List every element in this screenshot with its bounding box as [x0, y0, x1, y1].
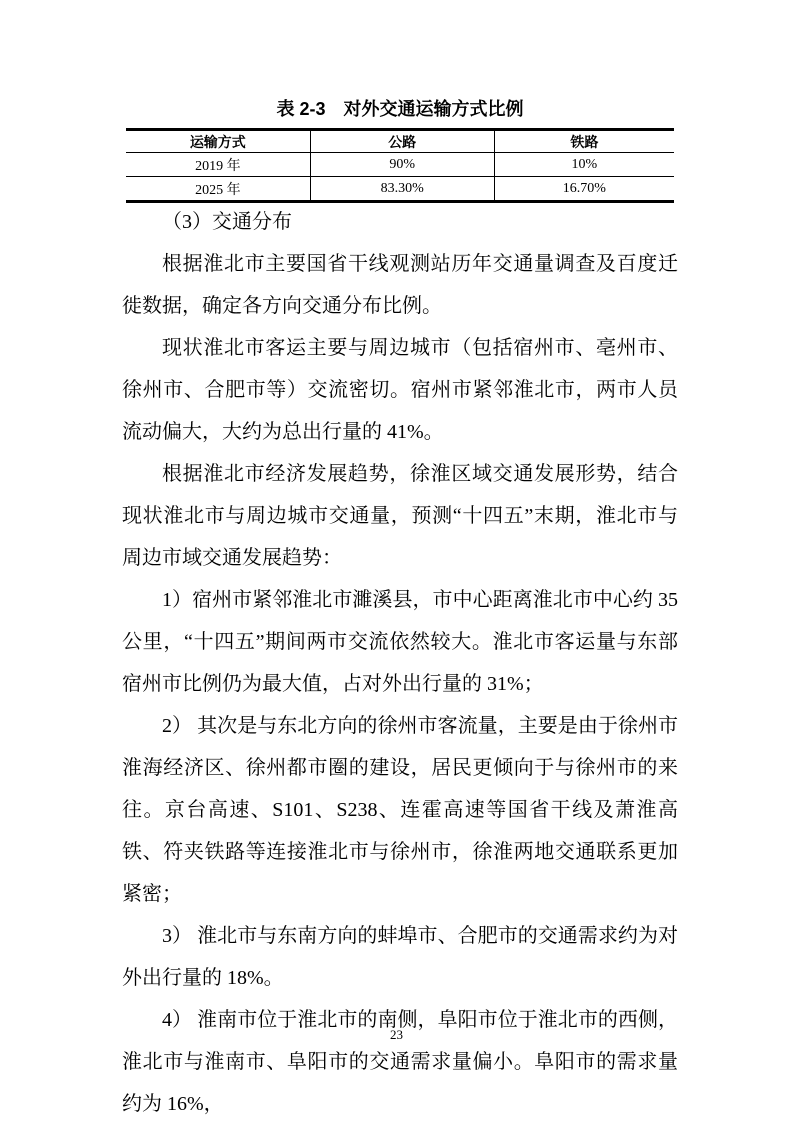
- paragraph: （3）交通分布: [122, 201, 678, 243]
- paragraph: 3） 淮北市与东南方向的蚌埠市、合肥市的交通需求约为对外出行量的 18%。: [122, 915, 678, 999]
- table-cell: 2025 年: [126, 177, 310, 202]
- document-page: 表 2-3 对外交通运输方式比例 运输方式 公路 铁路 2019 年 90% 1…: [0, 0, 793, 1122]
- paragraph: 根据淮北市经济发展趋势，徐淮区域交通发展形势，结合现状淮北市与周边城市交通量，预…: [122, 453, 678, 579]
- table-row: 2019 年 90% 10%: [126, 153, 674, 177]
- table-cell: 2019 年: [126, 153, 310, 177]
- paragraph: 1）宿州市紧邻淮北市濉溪县，市中心距离淮北市中心约 35 公里，“十四五”期间两…: [122, 579, 678, 705]
- table-header-cell: 铁路: [494, 130, 674, 153]
- table-header-cell: 公路: [310, 130, 494, 153]
- table-cell: 90%: [310, 153, 494, 177]
- table-cell: 83.30%: [310, 177, 494, 202]
- paragraph: 4） 淮南市位于淮北市的南侧，阜阳市位于淮北市的西侧，淮北市与淮南市、阜阳市的交…: [122, 999, 678, 1122]
- transport-modal-split-table: 运输方式 公路 铁路 2019 年 90% 10% 2025 年 83.30% …: [126, 128, 674, 203]
- paragraph: 根据淮北市主要国省干线观测站历年交通量调查及百度迁徙数据，确定各方向交通分布比例…: [122, 243, 678, 327]
- table-row: 2025 年 83.30% 16.70%: [126, 177, 674, 202]
- table-cell: 10%: [494, 153, 674, 177]
- paragraph: 现状淮北市客运主要与周边城市（包括宿州市、亳州市、徐州市、合肥市等）交流密切。宿…: [122, 327, 678, 453]
- table-caption: 表 2-3 对外交通运输方式比例: [126, 98, 674, 120]
- paragraph: 2） 其次是与东北方向的徐州市客流量，主要是由于徐州市淮海经济区、徐州都市圈的建…: [122, 705, 678, 915]
- table-header-cell: 运输方式: [126, 130, 310, 153]
- table-cell: 16.70%: [494, 177, 674, 202]
- page-number: 23: [0, 1028, 793, 1042]
- body-text: （3）交通分布 根据淮北市主要国省干线观测站历年交通量调查及百度迁徙数据，确定各…: [122, 201, 678, 1122]
- table-header-row: 运输方式 公路 铁路: [126, 130, 674, 153]
